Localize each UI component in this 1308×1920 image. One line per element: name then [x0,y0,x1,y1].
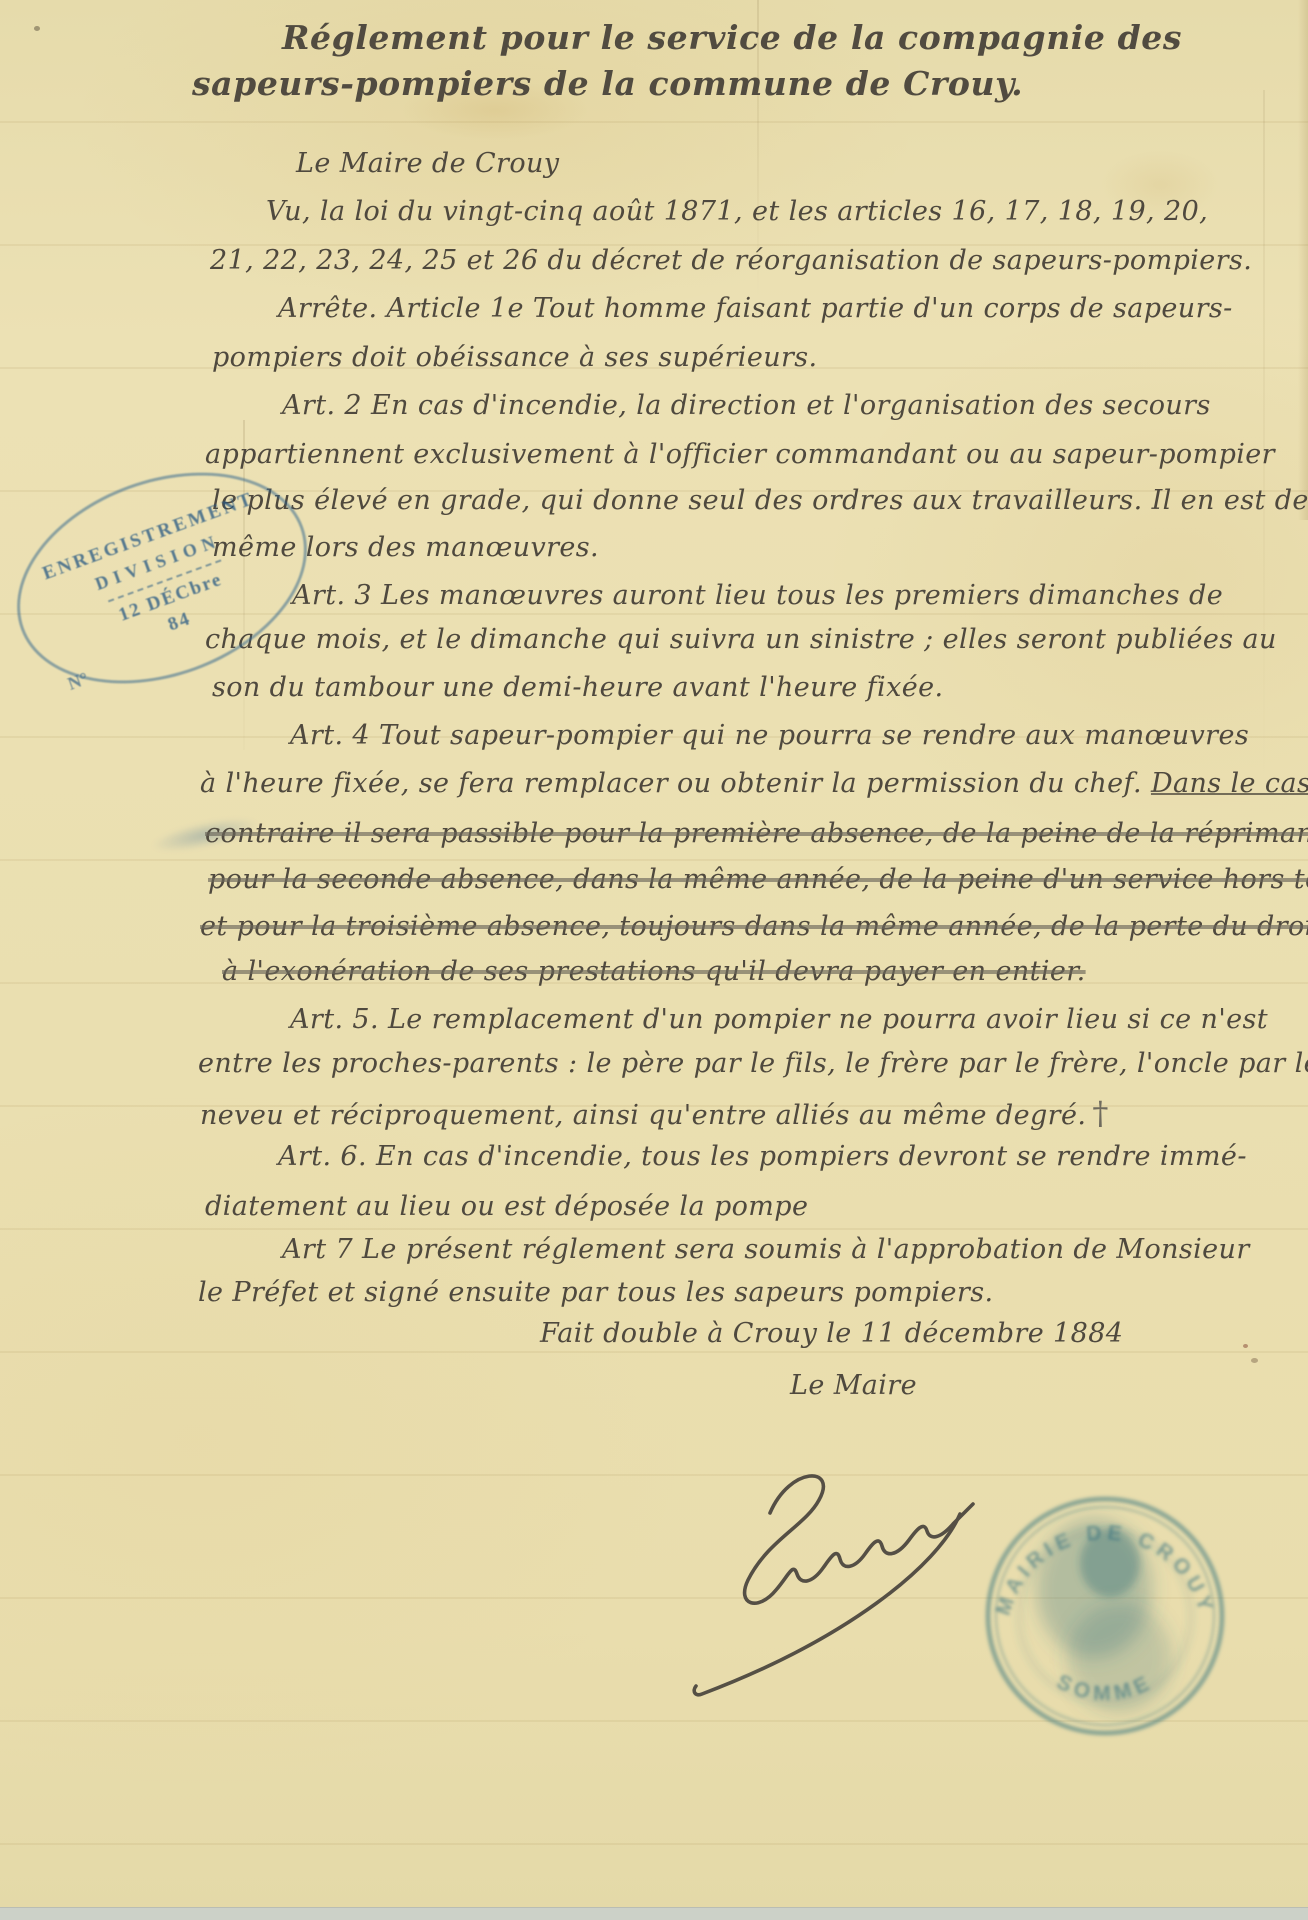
document-page: Réglement pour le service de la compagni… [0,0,1308,1920]
stamp-circles [988,1499,1222,1733]
ink-speck [34,26,40,31]
document-line: Art. 5. Le remplacement d'un pompier ne … [290,1004,1268,1035]
document-line: neveu et réciproquement, ainsi qu'entre … [200,1094,1109,1132]
document-line: son du tambour une demi-heure avant l'he… [212,672,943,703]
stamp-divider [108,559,221,602]
line-text: neveu et réciproquement, ainsi qu'entre … [200,1100,1086,1131]
document-line: Le Maire de Crouy [296,148,559,179]
document-line: à l'heure fixée, se fera remplacer ou ob… [200,768,1308,799]
document-title-line1: Réglement pour le service de la compagni… [282,18,1182,57]
stamp-line: 12 DÉCbre [116,568,226,626]
document-line: Art 7 Le présent réglement sera soumis à… [282,1234,1250,1265]
ink-speck [1243,1344,1248,1348]
document-line: diatement au lieu ou est déposée la pomp… [205,1191,808,1222]
stamp-line: 84 [165,607,194,636]
document-line: Arrête. Article 1e Tout homme faisant pa… [278,293,1233,324]
document-line: chaque mois, et le dimanche qui suivra u… [205,624,1277,655]
stamp-center-figure [1036,1518,1172,1713]
document-line: le plus élevé en grade, qui donne seul d… [212,485,1308,516]
mayor-signature [640,1428,1070,1728]
pencil-cross-mark: † [1092,1094,1108,1132]
struck-line: et pour la troisième absence, toujours d… [200,911,1308,942]
line-text: à l'heure fixée, se fera remplacer ou ob… [200,768,1151,799]
document-line: Fait double à Crouy le 11 décembre 1884 [540,1318,1123,1349]
ink-speck [1251,1358,1258,1363]
document-line: Art. 4 Tout sapeur-pompier qui ne pourra… [290,720,1249,751]
document-line: pompiers doit obéissance à ses supérieur… [212,342,818,373]
document-line: Art. 2 En cas d'incendie, la direction e… [282,390,1211,421]
struck-line: à l'exonération de ses prestations qu'il… [222,956,1086,987]
document-line: Art. 6. En cas d'incendie, tous les pomp… [278,1141,1247,1172]
document-line: le Préfet et signé ensuite par tous les … [198,1277,993,1308]
document-line: Vu, la loi du vingt-cinq août 1871, et l… [266,196,1208,227]
scanner-edge [0,1907,1308,1920]
document-line: entre les proches-parents : le père par … [198,1048,1308,1079]
underlined-phrase: Dans le cas [1151,768,1308,799]
stamp-line: DIVISION [92,530,223,595]
stamp-arc-bottom-text: SOMME [1053,1670,1157,1705]
document-line: 21, 22, 23, 24, 25 et 26 du décret de ré… [210,245,1252,276]
document-line: Art. 3 Les manœuvres auront lieu tous le… [292,580,1223,611]
document-title-line2: sapeurs-pompiers de la commune de Crouy. [192,64,1023,103]
struck-line: contraire il sera passible pour la premi… [205,818,1308,849]
stamp-arc-top-text: MAIRIE DE CROUY [992,1521,1219,1618]
document-line: Le Maire [790,1370,917,1401]
stamp-number-label: N° [65,668,91,695]
struck-line: pour la seconde absence, dans la même an… [208,864,1308,895]
document-line: appartiennent exclusivement à l'officier… [205,439,1275,470]
document-line: même lors des manœuvres. [212,532,599,563]
mairie-stamp: MAIRIE DE CROUY SOMME [972,1468,1252,1768]
page-edge-shadow [1298,0,1308,520]
